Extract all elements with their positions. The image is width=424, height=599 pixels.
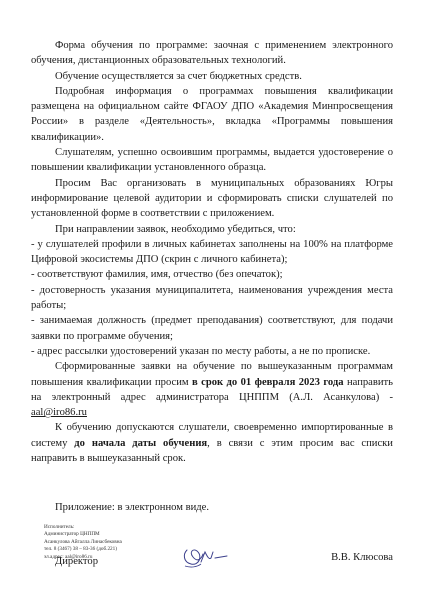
executor-info: Исполнитель: Администратор ЦНППМ Асанкул… bbox=[44, 524, 122, 561]
letter-body: Форма обучения по программе: заочная с п… bbox=[31, 38, 393, 580]
checklist-item: - соответствуют фамилия, имя, отчество (… bbox=[31, 267, 393, 282]
paragraph-deadline: Сформированные заявки на обучение по выш… bbox=[31, 359, 393, 420]
paragraph-study-form: Форма обучения по программе: заочная с п… bbox=[31, 38, 393, 69]
signatory-name: В.В. Клюсова bbox=[331, 550, 393, 565]
checklist-item: - занимаемая должность (предмет преподав… bbox=[31, 313, 393, 344]
paragraph-info: Подробная информация о программах повыше… bbox=[31, 84, 393, 145]
deadline-date: в срок до 01 февраля 2023 года bbox=[192, 377, 344, 388]
spacer bbox=[31, 466, 393, 500]
executor-email: эл.адрес: aal@iro86.ru bbox=[44, 554, 122, 561]
import-deadline: до начала даты обучения bbox=[74, 438, 207, 449]
executor-label: Исполнитель: bbox=[44, 524, 122, 531]
handwritten-signature-icon bbox=[177, 542, 229, 570]
checklist-item: - достоверность указания муниципалитета,… bbox=[31, 283, 393, 314]
email-link[interactable]: aal@iro86.ru bbox=[31, 407, 87, 418]
executor-phone: тел. 8 (3467) 38 – 83-36 (доб.221) bbox=[44, 546, 122, 553]
annex-note: Приложение: в электронном виде. bbox=[31, 500, 393, 515]
paragraph-checklist-intro: При направлении заявок, необходимо убеди… bbox=[31, 222, 393, 237]
paragraph-certificate: Слушателям, успешно освоившим программы,… bbox=[31, 145, 393, 176]
paragraph-request: Просим Вас организовать в муниципальных … bbox=[31, 176, 393, 222]
paragraph-import: К обучению допускаются слушатели, своевр… bbox=[31, 420, 393, 466]
checklist-item: - у слушателей профили в личных кабинета… bbox=[31, 237, 393, 268]
checklist-item: - адрес рассылки удостоверений указан по… bbox=[31, 344, 393, 359]
executor-position: Администратор ЦНППМ bbox=[44, 531, 122, 538]
paragraph-funding: Обучение осуществляется за счет бюджетны… bbox=[31, 69, 393, 84]
